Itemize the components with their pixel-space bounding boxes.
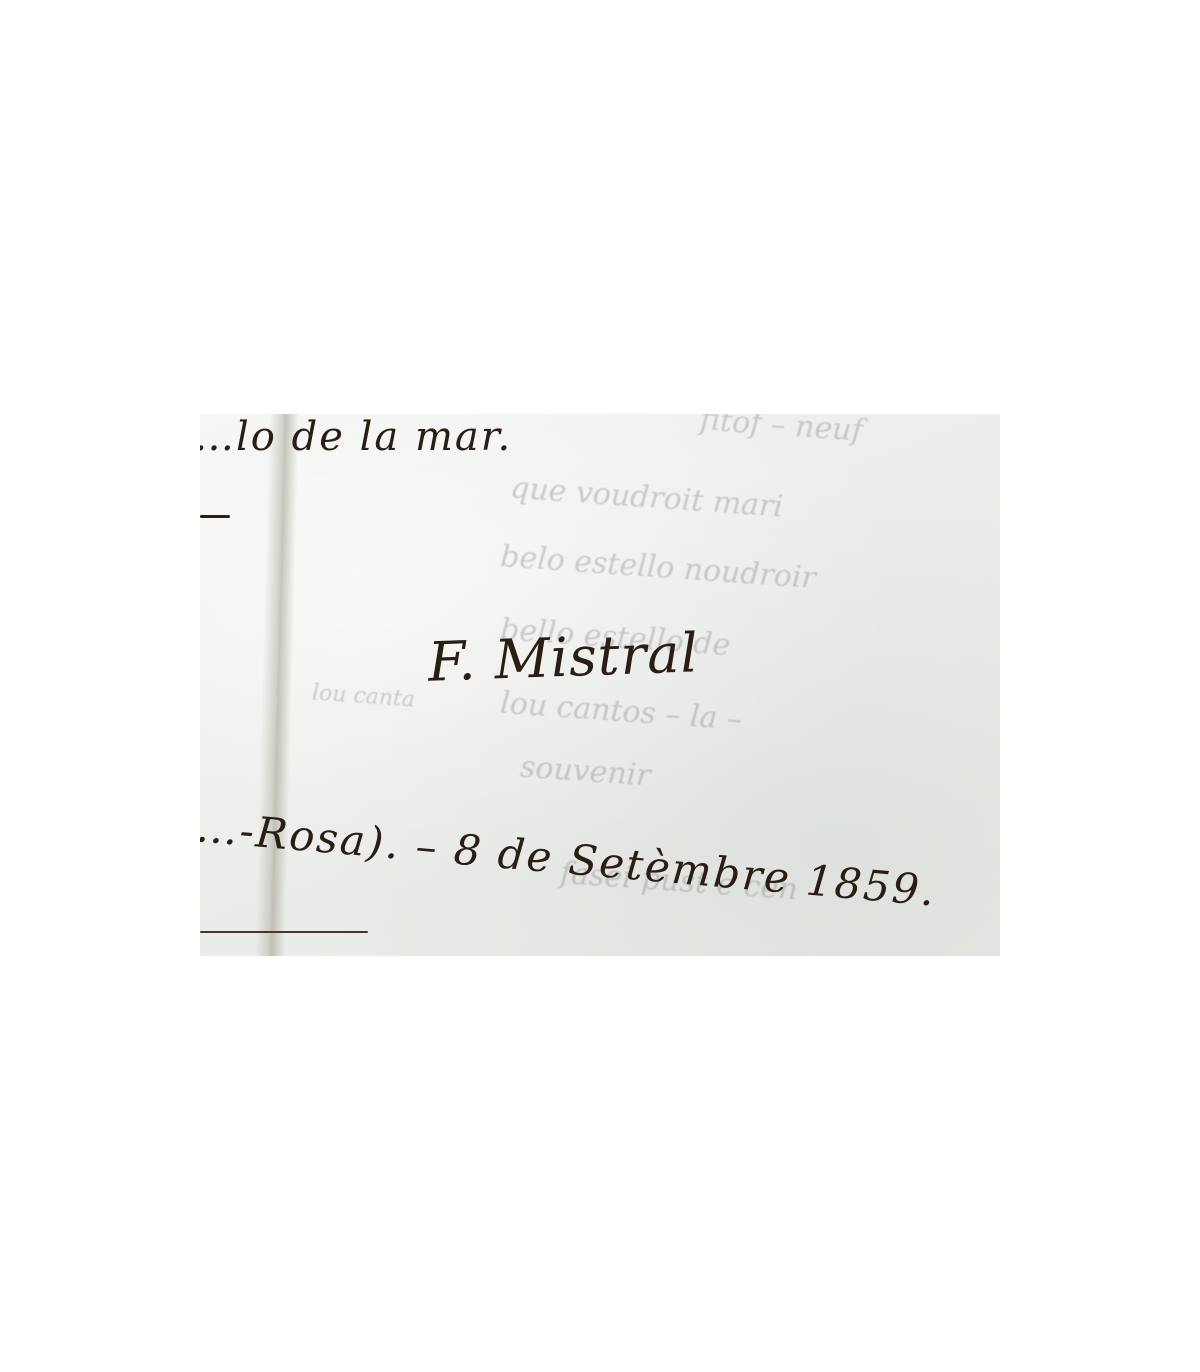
bleed-through-text: souvenir: [519, 749, 652, 793]
bleed-through-text: lou canta: [311, 680, 416, 712]
ink-underline: [200, 931, 368, 933]
signature: F. Mistral: [427, 621, 700, 693]
date-line: …-Rosa). – 8 de Setèmbre 1859.: [200, 802, 938, 916]
paper-fold-crease: [255, 414, 299, 956]
manuscript-line: …lo de la mar.: [200, 414, 512, 460]
ink-dash-line: [200, 515, 230, 518]
bleed-through-text: lou cantos – la –: [499, 686, 743, 738]
bleed-through-text: que voudroit mari: [509, 471, 784, 525]
manuscript-photo: fitof – neuf que voudroit mari belo este…: [200, 414, 1000, 956]
bleed-through-text: fitof – neuf: [699, 414, 864, 449]
bleed-through-text: belo estello noudroir: [499, 539, 817, 596]
